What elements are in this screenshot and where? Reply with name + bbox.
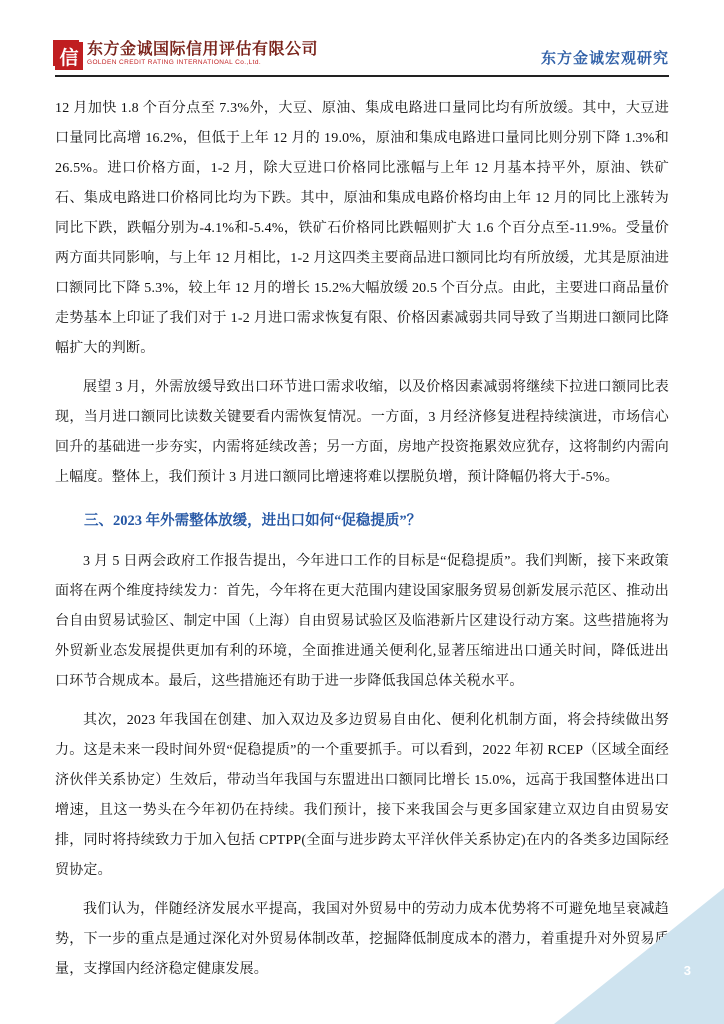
paragraph-import-volume: 12 月加快 1.8 个百分点至 7.3%外，大豆、原油、集成电路进口量同比均有… [55, 94, 669, 364]
emblem-glyph: 信 [59, 43, 78, 70]
company-name-en: GOLDEN CREDIT RATING INTERNATIONAL Co.,L… [87, 60, 318, 67]
company-name-block: 东方金诚国际信用评估有限公司 GOLDEN CREDIT RATING INTE… [87, 42, 318, 67]
document-page: 信 东方金诚国际信用评估有限公司 GOLDEN CREDIT RATING IN… [0, 0, 724, 1024]
report-series-title: 东方金诚宏观研究 [541, 47, 669, 70]
company-logo: 信 东方金诚国际信用评估有限公司 GOLDEN CREDIT RATING IN… [55, 42, 318, 70]
report-body: 12 月加快 1.8 个百分点至 7.3%外，大豆、原油、集成电路进口量同比均有… [55, 77, 669, 985]
page-header: 信 东方金诚国际信用评估有限公司 GOLDEN CREDIT RATING IN… [55, 0, 669, 77]
company-logo-icon: 信 [55, 42, 83, 70]
page-number: 3 [684, 963, 691, 978]
paragraph-policy-dimension-1: 3 月 5 日两会政府工作报告提出，今年进口工作的目标是“促稳提质”。我们判断，… [55, 547, 669, 697]
decorative-corner-triangle [554, 888, 724, 1024]
company-name-zh: 东方金诚国际信用评估有限公司 [87, 42, 318, 58]
paragraph-policy-dimension-2: 其次，2023 年我国在创建、加入双边及多边贸易自由化、便利化机制方面，将会持续… [55, 706, 669, 886]
paragraph-march-outlook: 展望 3 月，外需放缓导致出口环节进口需求收缩，以及价格因素减弱将继续下拉进口额… [55, 373, 669, 493]
section-heading: 三、2023 年外需整体放缓，进出口如何“促稳提质”？ [55, 506, 669, 536]
